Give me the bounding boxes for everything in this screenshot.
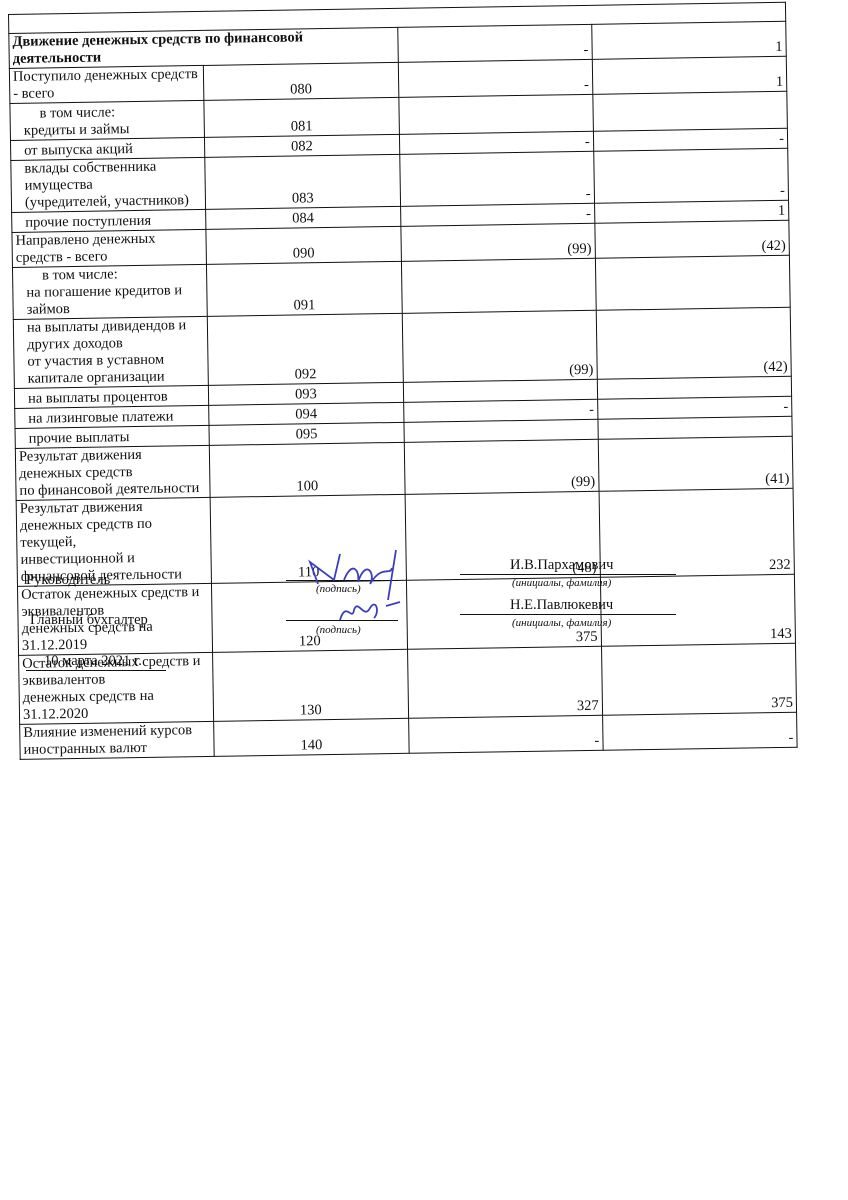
cell-2019: (41) xyxy=(598,436,793,491)
cell-2020 xyxy=(398,94,593,134)
cell-2020: - xyxy=(398,59,593,97)
head-name: И.В.Пархамович xyxy=(510,557,613,574)
row-code: 081 xyxy=(204,97,399,137)
cell-2020: - xyxy=(399,151,594,206)
row-label: Поступило денежных средств - всего xyxy=(9,65,204,103)
row-label-text: Результат движения денежных средств xyxy=(19,446,207,483)
row-label: Результат движения денежных средствпо фи… xyxy=(15,445,210,500)
document-page: Движение денежных средств по финансовой … xyxy=(0,0,848,1200)
row-label-text: вклады собственника имущества xyxy=(14,158,202,195)
accountant-title: Главный бухгалтер xyxy=(30,612,148,629)
cell-2019: 1 xyxy=(591,21,786,59)
head-name-caption: (инициалы, фамилия) xyxy=(512,577,611,589)
row-code: 080 xyxy=(204,62,399,100)
row-code: 092 xyxy=(208,313,403,385)
row-label: на выплаты дивидендов и других доходовот… xyxy=(13,316,208,388)
report-date-line xyxy=(26,670,166,671)
accountant-name-line xyxy=(460,614,676,615)
row-label-text-2: от участия в уставном капитале организац… xyxy=(17,351,205,388)
row-label-text: на выплаты дивидендов и других доходов xyxy=(17,317,205,354)
row-label-text-2: (учредителей, участников) xyxy=(15,192,202,212)
cell-2019: 1 xyxy=(592,56,787,94)
row-code: 140 xyxy=(214,718,409,756)
table-row: на выплаты дивидендов и других доходовот… xyxy=(13,307,791,388)
row-code: 130 xyxy=(213,649,408,721)
row-code: 100 xyxy=(210,442,405,497)
row-label: в том числе:на погашение кредитов и займ… xyxy=(12,264,207,319)
row-code: 090 xyxy=(206,226,401,264)
row-code: 083 xyxy=(205,154,400,209)
row-label-text-2: по финансовой деятельности xyxy=(19,480,206,500)
cell-2020: 327 xyxy=(407,646,602,718)
row-code: 091 xyxy=(207,261,402,316)
head-title: Руководитель xyxy=(26,572,110,589)
row-label: вклады собственника имущества(учредителе… xyxy=(11,157,206,212)
cell-2019: - xyxy=(602,712,797,750)
accountant-name: Н.Е.Павлюкевич xyxy=(510,597,613,614)
row-label: в том числе:кредиты и займы xyxy=(10,100,205,140)
cell-2019: 232 xyxy=(599,488,795,577)
cash-flow-table-wrapper: Движение денежных средств по финансовой … xyxy=(8,2,798,760)
cash-flow-financing-table: Движение денежных средств по финансовой … xyxy=(8,2,798,760)
cell-2020 xyxy=(401,258,596,313)
row-label-text: Направлено денежных средств - всего xyxy=(15,230,203,267)
cell-2019 xyxy=(595,255,790,310)
report-date: 10 марта 2021 г. xyxy=(44,653,142,670)
head-name-line xyxy=(460,574,676,575)
row-label-text-2: денежных средств на 31.12.2020 xyxy=(23,687,211,724)
accountant-signature-icon xyxy=(330,590,420,630)
cell-2020: - xyxy=(408,715,603,753)
row-label: Направлено денежных средств - всего xyxy=(12,229,207,267)
row-label-text: Поступило денежных средств - всего xyxy=(13,66,201,103)
cell-2019: (42) xyxy=(596,307,791,379)
cell-2019: (42) xyxy=(595,220,790,258)
row-label-text: Влияние изменений курсов иностранных вал… xyxy=(23,722,211,759)
cell-2019: 143 xyxy=(600,574,795,646)
accountant-name-caption: (инициалы, фамилия) xyxy=(512,617,611,629)
cell-2019: - xyxy=(593,148,788,203)
row-label-text: Результат движения денежных средств по т… xyxy=(20,498,208,552)
cell-2019: 375 xyxy=(601,643,796,715)
row-label-text: на погашение кредитов и займов xyxy=(16,282,204,319)
cell-2020: (99) xyxy=(402,310,597,382)
row-label: Влияние изменений курсов иностранных вал… xyxy=(20,721,215,759)
cell-2019 xyxy=(593,91,788,131)
cell-2020: (99) xyxy=(400,223,595,261)
cell-2020: - xyxy=(397,24,592,62)
cell-2020: (99) xyxy=(404,439,599,494)
